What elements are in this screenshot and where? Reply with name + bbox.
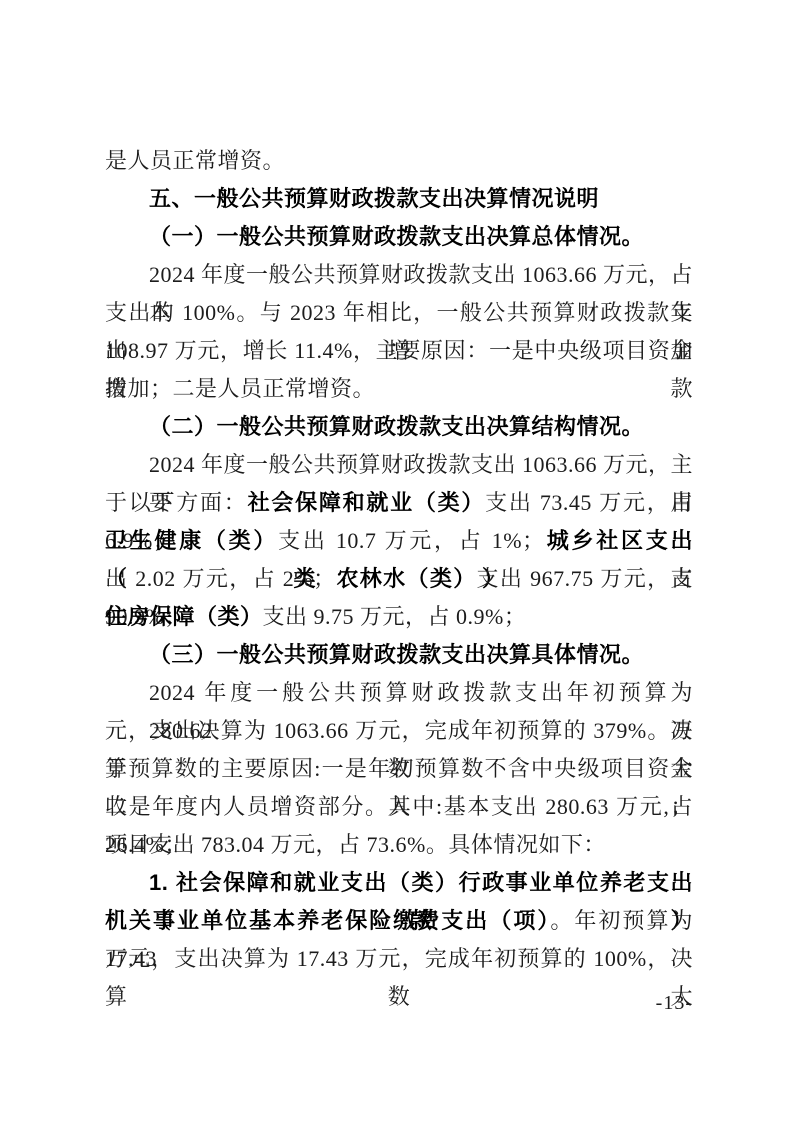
text-line-18: 二是年度内人员增资部分。其中:基本支出 280.63 万元,占 26.4%； — [105, 788, 693, 826]
bold-text-segment: 卫生健康（类） — [105, 528, 278, 553]
text-line-3: （一）一般公共预算财政拨款支出决算总体情况。 — [105, 218, 693, 256]
text-line-21: 机关事业单位基本养老保险缴费支出（项）。年初预算为 17.43 — [105, 902, 693, 940]
text-line-6: 108.97 万元，增长 11.4%，主要原因：一是中央级项目资金拨款 — [105, 332, 693, 370]
bold-text-segment: （一）一般公共预算财政拨款支出决算总体情况。 — [149, 224, 644, 249]
bold-text-segment: （二）一般公共预算财政拨款支出决算结构情况。 — [149, 414, 644, 439]
text-segment: 是人员正常增资。 — [105, 148, 285, 173]
text-line-20: 1. 社会保障和就业支出（类）行政事业单位养老支出（款） — [105, 864, 693, 902]
bold-text-segment: 农林水（类） — [336, 566, 477, 591]
text-line-4: 2024 年度一般公共预算财政拨款支出 1063.66 万元，占本年 — [105, 256, 693, 294]
text-line-1: 是人员正常增资。 — [105, 142, 693, 180]
text-line-19: 项目支出 783.04 万元，占 73.6%。具体情况如下： — [105, 826, 693, 864]
text-line-22: 万元，支出决算为 17.43 万元，完成年初预算的 100%，决算数大 — [105, 940, 693, 978]
text-line-13: 住房保障（类）支出 9.75 万元，占 0.9%； — [105, 598, 693, 636]
text-line-9: 2024 年度一般公共预算财政拨款支出 1063.66 万元，主要用 — [105, 446, 693, 484]
text-segment: 项目支出 783.04 万元，占 73.6%。具体情况如下： — [105, 832, 606, 857]
text-line-5: 支出的 100%。与 2023 年相比，一般公共预算财政拨款支出增加 — [105, 294, 693, 332]
text-line-16: 元，支出决算为 1063.66 万元，完成年初预算的 379%。决算数大 — [105, 712, 693, 750]
text-segment: 支出 9.75 万元，占 0.9%； — [263, 604, 527, 629]
text-line-11: 卫生健康（类）支出 10.7 万元，占 1%；城乡社区支出（类）支 — [105, 522, 693, 560]
text-line-12: 出 2.02 万元，占 2%；农林水（类）支出 967.75 万元，占 90.9… — [105, 560, 693, 598]
document-body: 是人员正常增资。五、一般公共预算财政拨款支出决算情况说明（一）一般公共预算财政拨… — [105, 142, 693, 978]
page-number: -13- — [656, 992, 693, 1014]
bold-text-segment: 五、一般公共预算财政拨款支出决算情况说明 — [149, 186, 599, 211]
text-line-17: 于预算数的主要原因:一是年初预算数不含中央级项目资金收入； — [105, 750, 693, 788]
document-page: 是人员正常增资。五、一般公共预算财政拨款支出决算情况说明（一）一般公共预算财政拨… — [0, 0, 793, 1122]
text-line-14: （三）一般公共预算财政拨款支出决算具体情况。 — [105, 636, 693, 674]
text-segment: 出 2.02 万元，占 2%； — [105, 566, 336, 591]
text-line-10: 于以下方面：社会保障和就业（类）支出 73.45 万元，占 6.9%； — [105, 484, 693, 522]
text-segment: 于以下方面： — [105, 490, 248, 515]
text-segment: 万元，支出决算为 17.43 万元，完成年初预算的 100%，决算数大 — [105, 946, 693, 1009]
text-line-2: 五、一般公共预算财政拨款支出决算情况说明 — [105, 180, 693, 218]
bold-text-segment: 住房保障（类） — [105, 604, 263, 629]
bold-text-segment: 社会保障和就业（类） — [248, 490, 486, 515]
text-line-8: （二）一般公共预算财政拨款支出决算结构情况。 — [105, 408, 693, 446]
text-segment: 支出 10.7 万元，占 1%； — [278, 528, 544, 553]
text-segment: 增加；二是人员正常增资。 — [105, 376, 375, 401]
bold-text-segment: 机关事业单位基本养老保险缴费支出（项） — [105, 908, 550, 933]
text-line-15: 2024 年度一般公共预算财政拨款支出年初预算为 280.62 万 — [105, 674, 693, 712]
bold-text-segment: （三）一般公共预算财政拨款支出决算具体情况。 — [149, 642, 644, 667]
